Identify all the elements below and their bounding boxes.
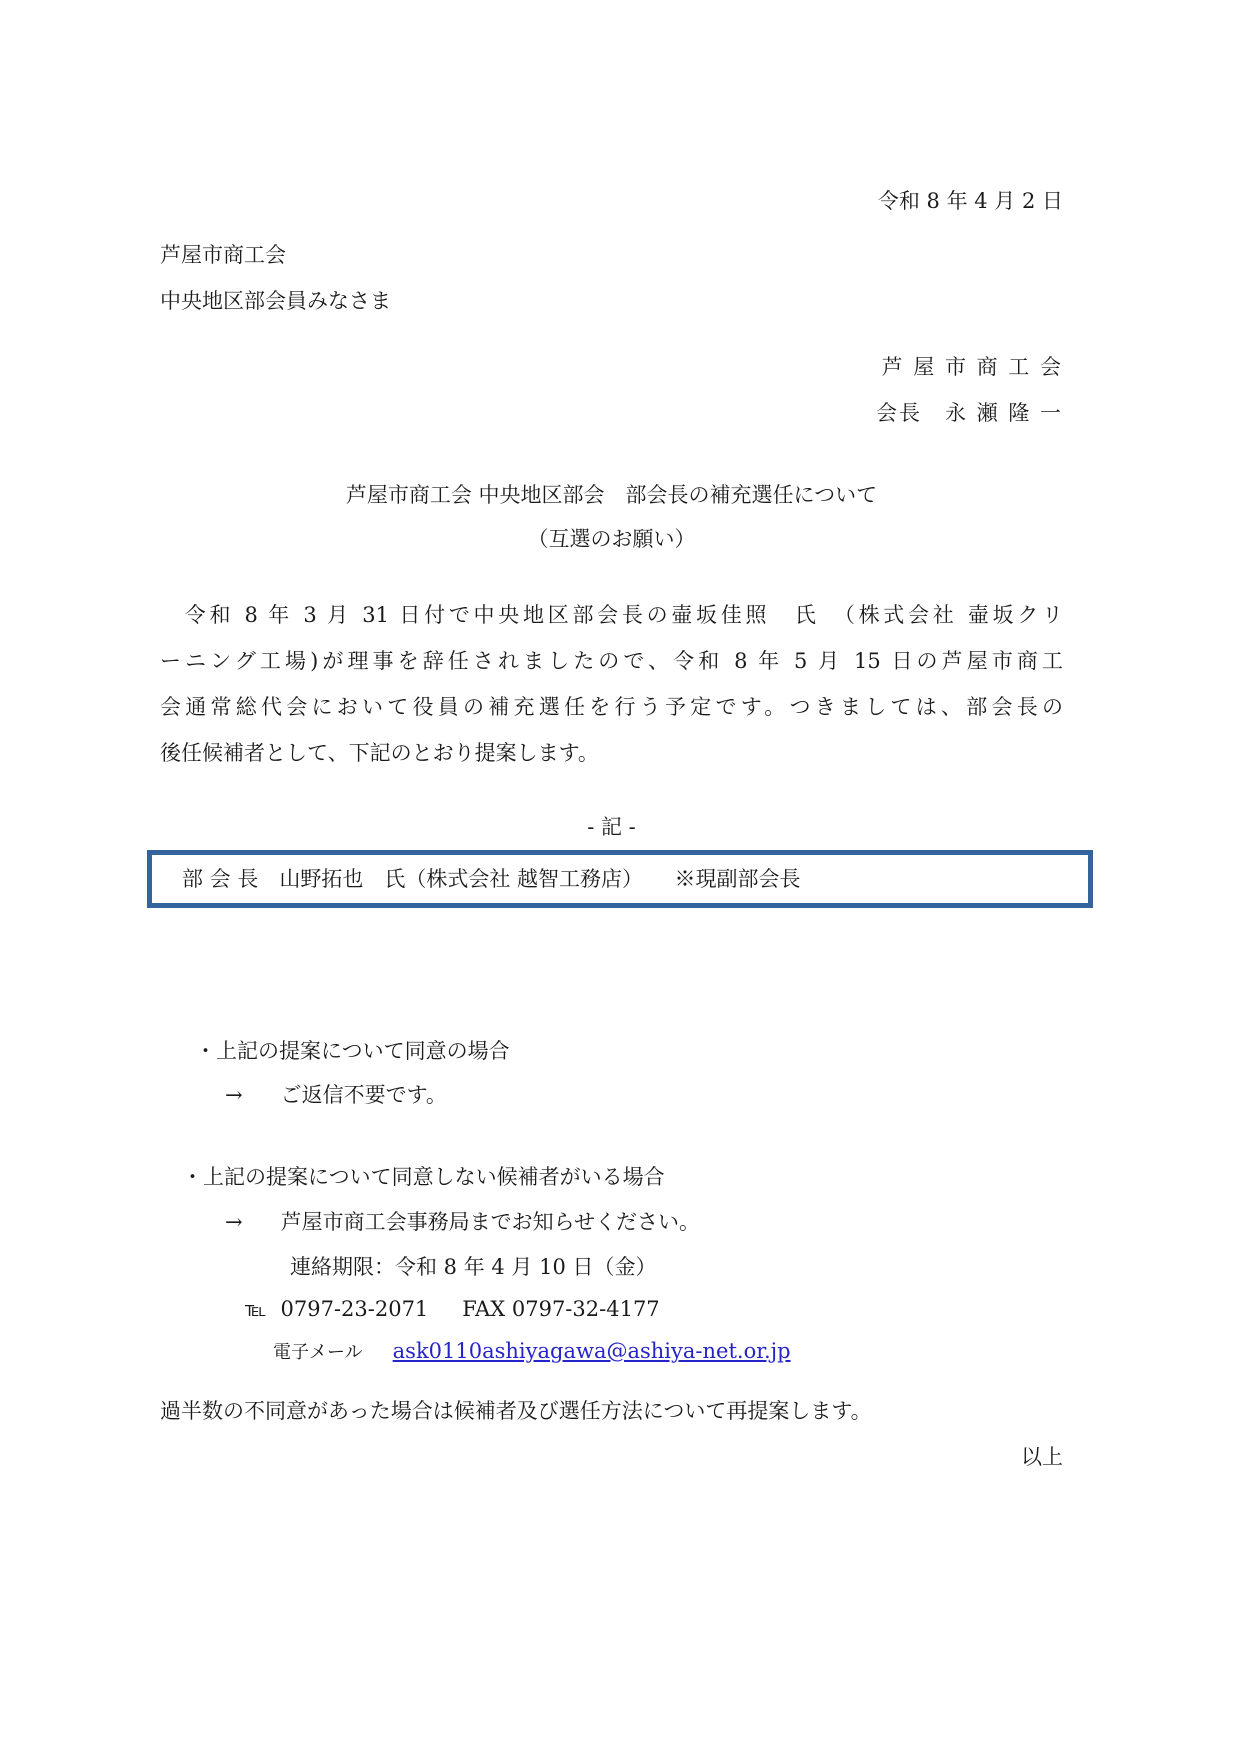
- document-date: 令和 8 年 4 月 2 日: [160, 186, 1063, 216]
- closing-note: 過半数の不同意があった場合は候補者及び選任方法について再提案します。: [160, 1396, 1063, 1426]
- contact-deadline: 連絡期限：令和 8 年 4 月 10 日（金）: [160, 1252, 1193, 1282]
- body-line: 後任候補者として、下記のとおり提案します。: [160, 730, 1063, 776]
- arrow-right-icon: →: [225, 1083, 243, 1107]
- disagree-case-action: →芦屋市商工会事務局までお知らせください。: [160, 1207, 1128, 1237]
- contact-email-line: 電子メールask0110ashiyagawa@ashiya-net.or.jp: [160, 1336, 1176, 1368]
- document-title: 芦屋市商工会 中央地区部会 部会長の補充選任について: [160, 480, 1063, 510]
- fax-number: 0797-32-4177: [512, 1297, 660, 1321]
- document-page: 令和 8 年 4 月 2 日 芦屋市商工会 中央地区部会員みなさま 芦 屋 市 …: [0, 0, 1241, 1755]
- document-subtitle: （互選のお願い）: [160, 524, 1063, 554]
- recipient-members: 中央地区部会員みなさま: [160, 286, 1063, 316]
- disagree-case-bullet: ・上記の提案について同意しない候補者がいる場合: [160, 1162, 1085, 1192]
- record-marker: - 記 -: [160, 812, 1063, 842]
- fax-label: FAX: [462, 1297, 505, 1321]
- proposal-text: 部 会 長 山野拓也 氏（株式会社 越智工務店） ※現副部会長: [182, 864, 801, 894]
- tel-icon: ℡: [245, 1297, 266, 1321]
- sender-person: 会長 永 瀬 隆 一: [160, 398, 1063, 428]
- recipient-org: 芦屋市商工会: [160, 240, 1063, 270]
- disagree-case-text: 芦屋市商工会事務局までお知らせください。: [281, 1210, 700, 1234]
- body-paragraph: 令和 8 年 3 月 31 日付で中央地区部会長の壷坂佳照 氏 （株式会社 壷坂…: [160, 592, 1063, 776]
- agree-case-text: ご返信不要です。: [281, 1083, 447, 1107]
- body-line: 会通常総代会において役員の補充選任を行う予定です。つきましては、部会長の: [160, 684, 1063, 730]
- closing-word: 以上: [160, 1442, 1063, 1472]
- body-line: ーニング工場)が理事を辞任されましたので、令和 8 年 5 月 15 日の芦屋市…: [160, 638, 1063, 684]
- contact-phone-line: ℡0797-23-2071FAX 0797-32-4177: [160, 1294, 1148, 1324]
- email-link[interactable]: ask0110ashiyagawa@ashiya-net.or.jp: [393, 1339, 791, 1363]
- email-label: 電子メール: [273, 1342, 363, 1363]
- tel-number: 0797-23-2071: [280, 1297, 428, 1321]
- arrow-right-icon: →: [225, 1210, 243, 1234]
- agree-case-bullet: ・上記の提案について同意の場合: [160, 1036, 1098, 1066]
- body-line: 令和 8 年 3 月 31 日付で中央地区部会長の壷坂佳照 氏 （株式会社 壷坂…: [160, 592, 1063, 638]
- agree-case-action: →ご返信不要です。: [160, 1080, 1128, 1110]
- proposal-box: 部 会 長 山野拓也 氏（株式会社 越智工務店） ※現副部会長: [147, 850, 1093, 908]
- sender-org: 芦 屋 市 商 工 会: [160, 352, 1063, 382]
